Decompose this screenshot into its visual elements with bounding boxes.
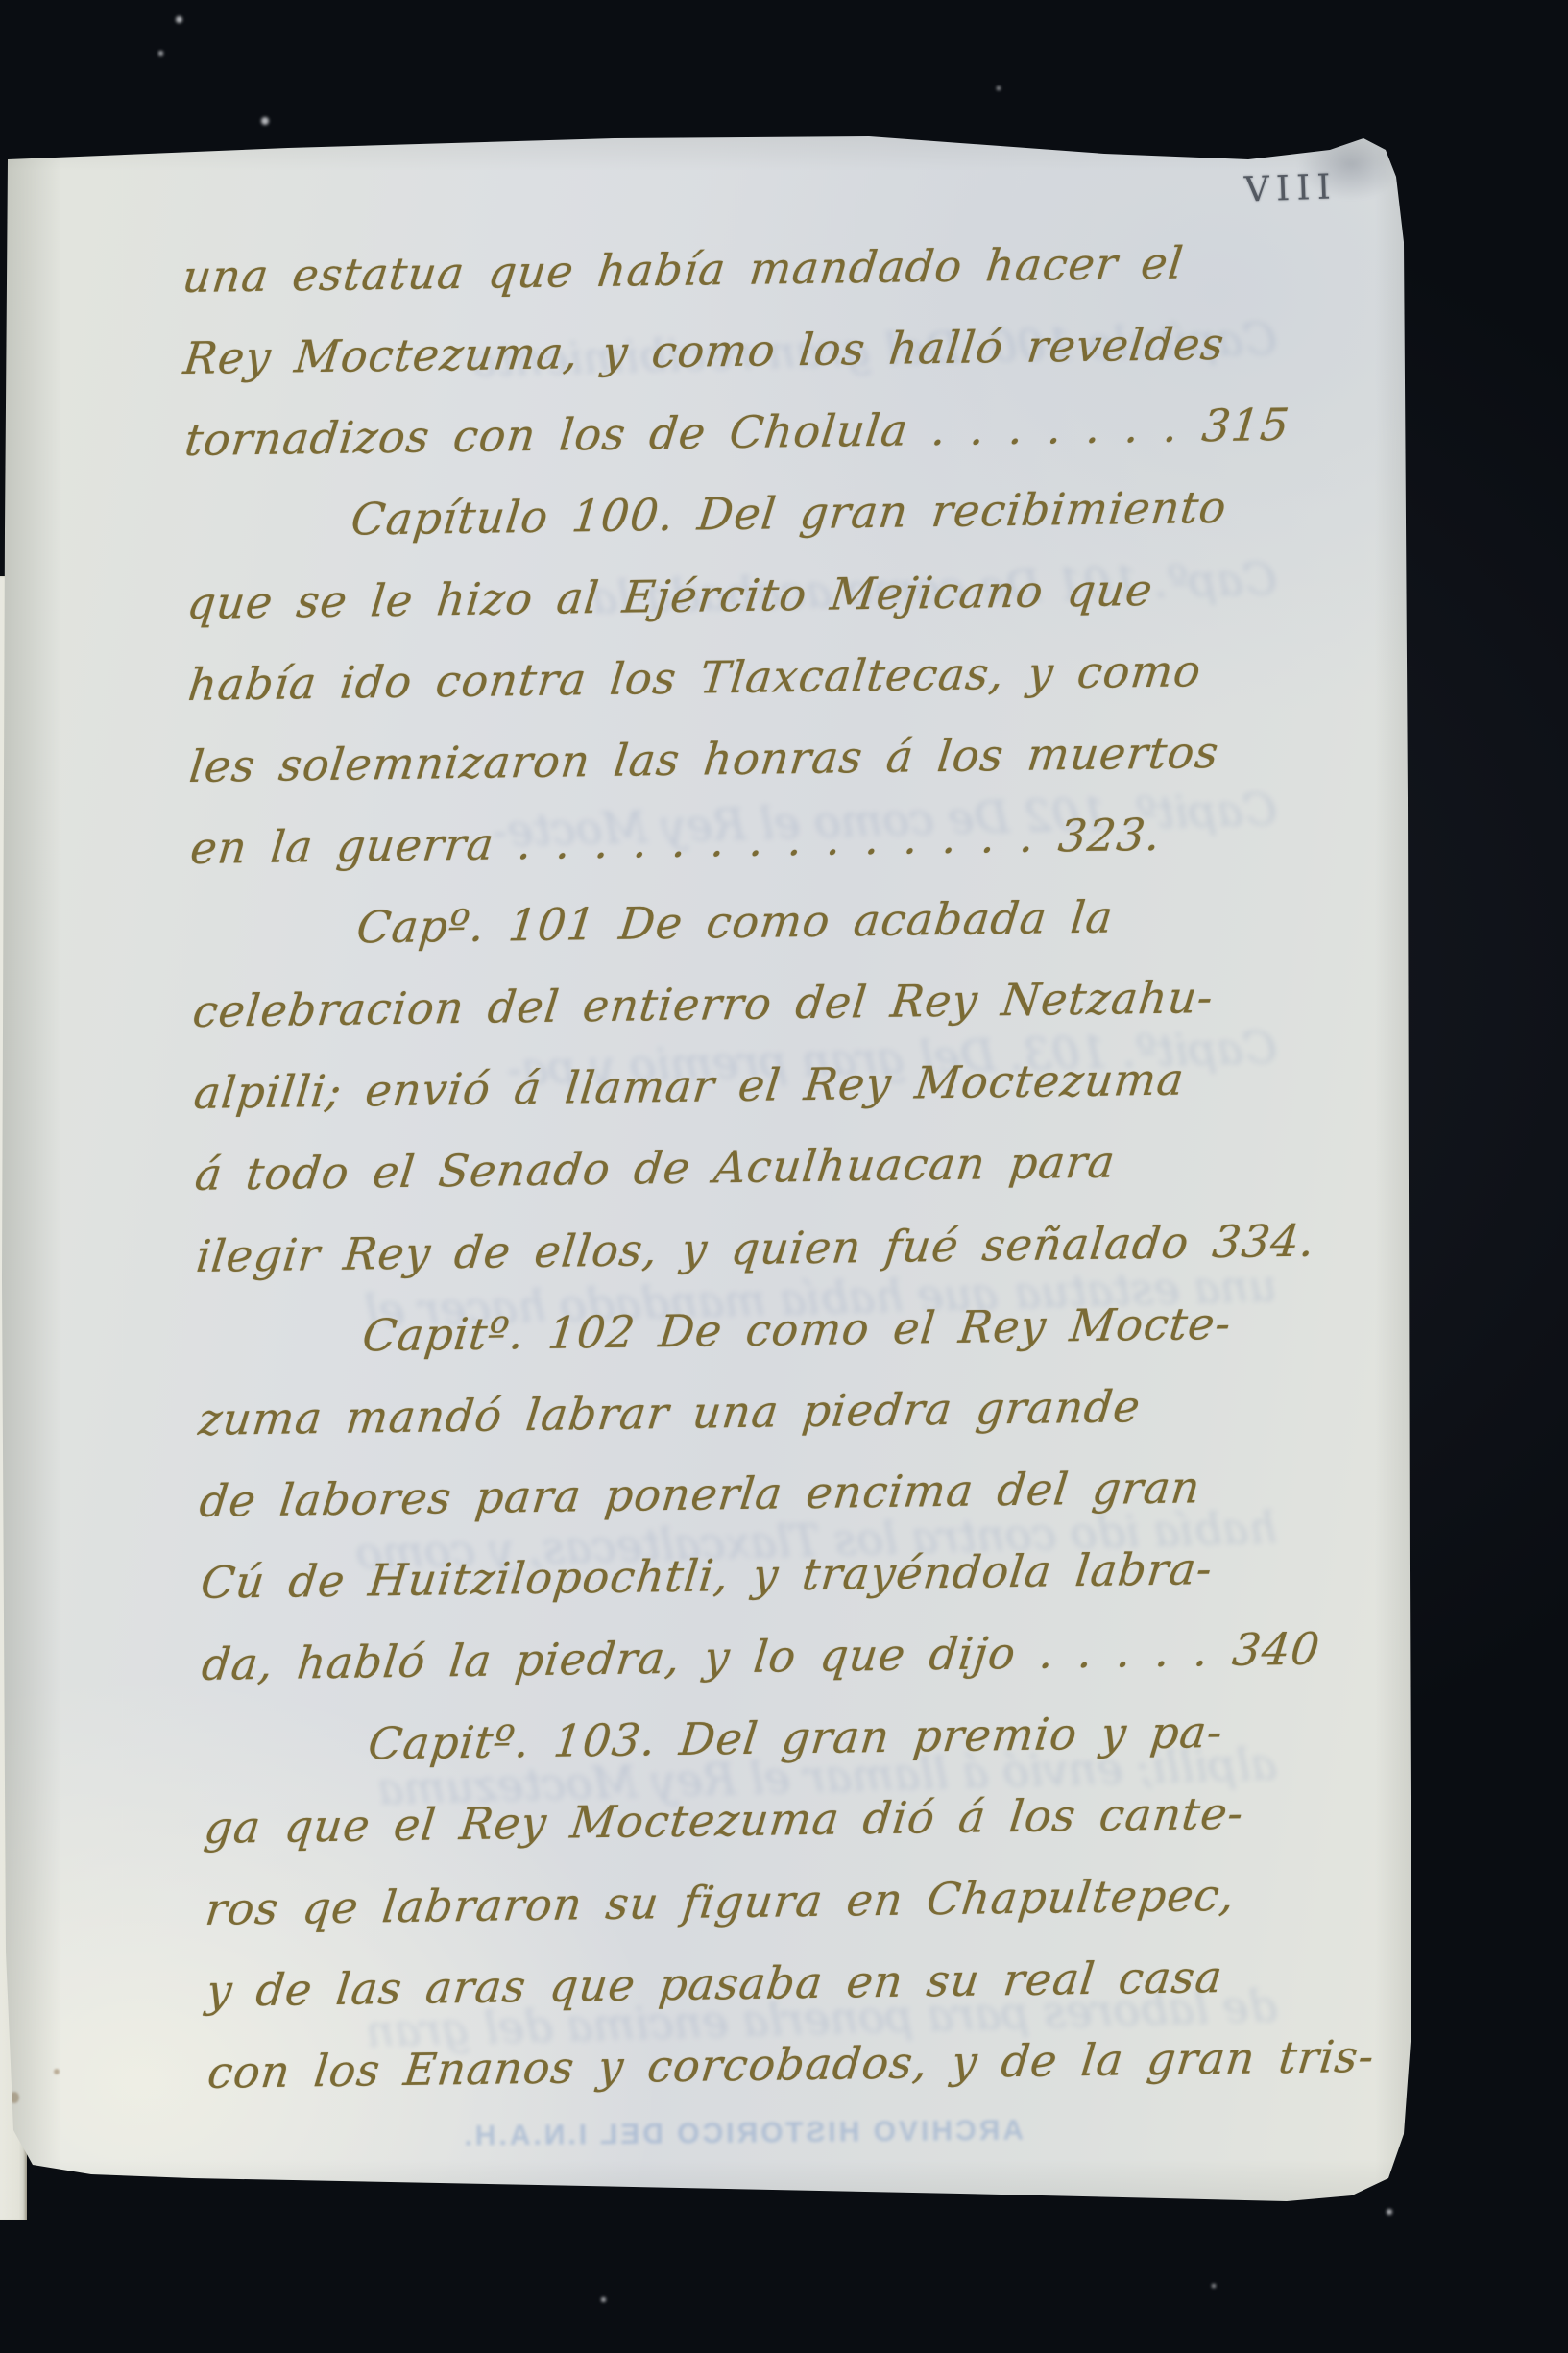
dust-speck (261, 117, 269, 125)
dust-speck (601, 2297, 606, 2302)
manuscript-line: Capítulo 100. Del gran recibimiento (186, 475, 1282, 572)
manuscript-line: Cú de Huitzilopochtli, y trayéndola labr… (201, 1537, 1296, 1634)
archive-stamp-bleed: ARCHIVO HISTORICO DEL I.N.A.H. (572, 2115, 1024, 2152)
dust-speck (997, 86, 1001, 90)
manuscript-line: celebracion del entierro del Rey Netzahu… (193, 965, 1289, 1062)
folio-number: VIII (1243, 167, 1338, 209)
manuscript-line: zuma mandó labrar una piedra grande (199, 1373, 1294, 1470)
manuscript-line: había ido contra los Tlaxcaltecas, y com… (188, 639, 1284, 736)
manuscript-line: una estatua que había mandado hacer el (182, 230, 1278, 327)
manuscript-line: en la guerra . . . . . . . . . . . . . .… (190, 802, 1286, 899)
manuscript-line: ga que el Rey Moctezuma dió á los cante- (205, 1782, 1300, 1879)
dust-speck (1212, 2284, 1216, 2288)
manuscript-line: á todo el Senado de Aculhuacan para (195, 1128, 1291, 1225)
dust-speck (158, 51, 163, 56)
manuscript-line: les solemnizaron las honras á los muerto… (189, 720, 1285, 817)
manuscript-line: Capitº. 102 De como el Rey Mocte- (197, 1292, 1292, 1389)
manuscript-line: Rey Moctezuma, y como los halló reveldes (183, 312, 1279, 409)
manuscript-line: Capitº. 103. Del gran premio y pa- (203, 1700, 1298, 1797)
manuscript-line: de labores para ponerla encima del gran (200, 1455, 1295, 1552)
manuscript-page: Capítulo 100. Del gran recibimientoCapº.… (0, 127, 1413, 2207)
dust-speck (1387, 2209, 1392, 2215)
manuscript-line: Capº. 101 De como acabada la (191, 884, 1287, 981)
manuscript-line: con los Enanos y corcobados, y de la gra… (207, 2026, 1303, 2123)
manuscript-text: una estatua que había mandado hacer elRe… (182, 230, 1303, 2123)
manuscript-line: ros qe labraron su figura en Chapultepec… (205, 1863, 1301, 1960)
foxing-spot (54, 2069, 60, 2074)
manuscript-line: tornadizos con los de Cholula . . . . . … (184, 394, 1280, 491)
dust-speck (176, 16, 182, 23)
manuscript-line: que se le hizo al Ejército Mejicano que (187, 557, 1283, 654)
manuscript-line: y de las aras que pasaba en su real casa (206, 1945, 1302, 2042)
photograph-background: Capítulo 100. Del gran recibimientoCapº.… (0, 0, 1568, 2353)
manuscript-line: da, habló la piedra, y lo que dijo . . .… (202, 1618, 1297, 1715)
manuscript-line: ilegir Rey de ellos, y quien fué señalad… (196, 1210, 1291, 1307)
manuscript-line: alpilli; envió á llamar el Rey Moctezuma (194, 1047, 1290, 1144)
